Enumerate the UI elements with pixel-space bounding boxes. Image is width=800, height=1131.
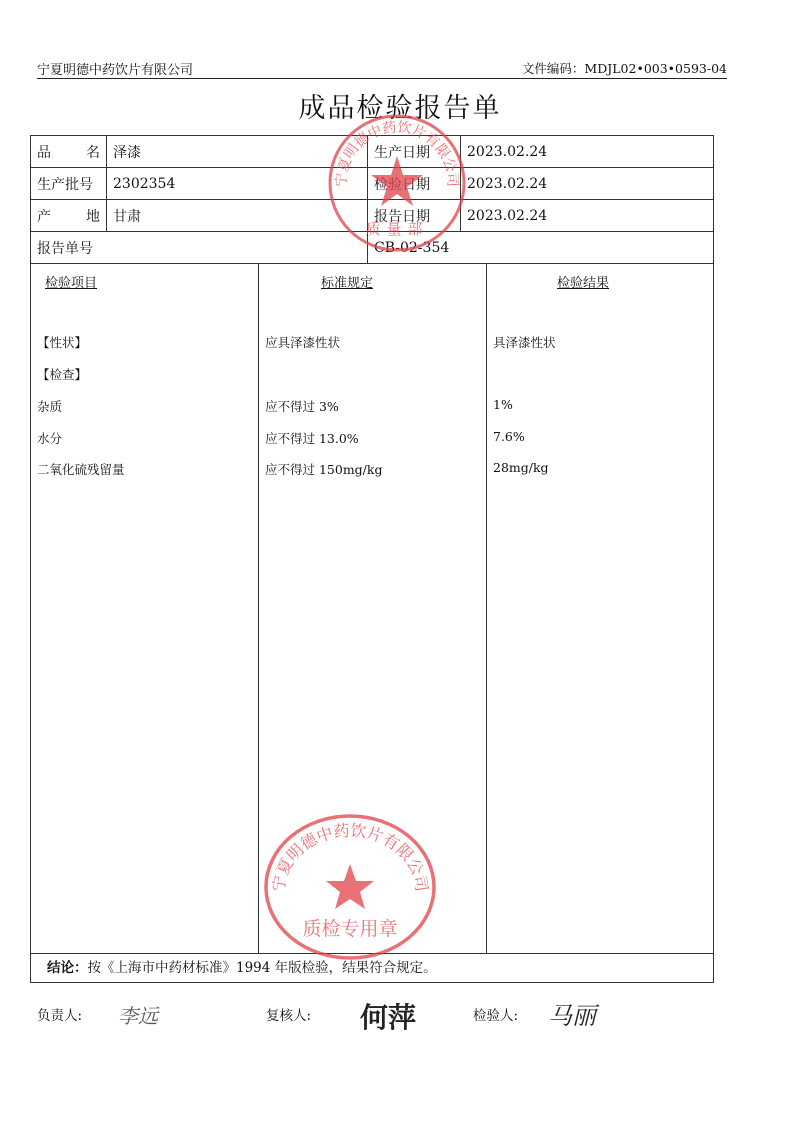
header-items: 检验项目 [45,272,97,291]
result-row: 28mg/kg [493,460,549,475]
standard-row: 应不得过 150mg/kg [265,460,382,478]
conclusion: 结论：按《上海市中药材标准》1994 年版检验，结果符合规定。 [31,953,713,983]
result-row: 具泽漆性状 [493,333,556,351]
conclusion-label: 结论： [47,960,88,976]
result-row: 7.6% [493,429,525,444]
item-row: 【性状】 [37,333,87,351]
report-date-label: 报告日期 [368,200,461,232]
header-results: 检验结果 [557,272,609,291]
header-standards: 标准规定 [321,272,373,291]
responsible-signature: 李远 [118,1000,158,1029]
batch-label: 生产批号 [31,168,107,200]
item-row: 杂质 [37,397,62,415]
batch-value: 2302354 [107,168,368,200]
reviewer-label: 复核人: [266,1004,311,1024]
report-date-value: 2023.02.24 [461,200,714,232]
result-row: 1% [493,397,513,412]
document-title: 成品检验报告单 [0,86,800,125]
test-date-value: 2023.02.24 [461,168,714,200]
standard-row: 应不得过 3% [265,397,339,415]
inspector-signature: 马丽 [548,996,596,1031]
company-name: 宁夏明德中药饮片有限公司 [37,59,193,78]
results-table: 检验项目 【性状】 【检查】 杂质 水分 二氧化硫残留量 标准规定 应具泽漆性状… [30,263,714,983]
standard-row: 应不得过 13.0% [265,429,359,447]
origin-label: 产地 [31,200,107,232]
report-no-label: 报告单号 [31,232,368,264]
standard-row: 应具泽漆性状 [265,333,340,351]
item-row: 水分 [37,429,62,447]
production-date-label: 生产日期 [368,136,461,168]
info-table: 品名 泽漆 生产日期 2023.02.24 生产批号 2302354 检验日期 … [30,135,714,264]
column-items: 检验项目 【性状】 【检查】 杂质 水分 二氧化硫残留量 [31,263,259,953]
product-name-value: 泽漆 [107,136,368,168]
report-no-value: CB-02-354 [368,232,714,264]
item-row: 【检查】 [37,365,87,383]
column-results: 检验结果 具泽漆性状 1% 7.6% 28mg/kg [487,263,715,953]
test-date-label: 检验日期 [368,168,461,200]
page-header: 宁夏明德中药饮片有限公司 文件编码：MDJL02•003•0593-04 [37,58,727,79]
inspector-label: 检验人: [473,1004,518,1024]
responsible-label: 负责人: [37,1004,82,1024]
conclusion-text: 按《上海市中药材标准》1994 年版检验，结果符合规定。 [88,960,437,976]
document-code: 文件编码：MDJL02•003•0593-04 [522,59,727,77]
product-name-label: 品名 [31,136,107,168]
item-row: 二氧化硫残留量 [37,460,125,478]
origin-value: 甘肃 [107,200,368,232]
column-standards: 标准规定 应具泽漆性状 应不得过 3% 应不得过 13.0% 应不得过 150m… [259,263,487,953]
reviewer-signature: 何萍 [360,996,416,1036]
production-date-value: 2023.02.24 [461,136,714,168]
